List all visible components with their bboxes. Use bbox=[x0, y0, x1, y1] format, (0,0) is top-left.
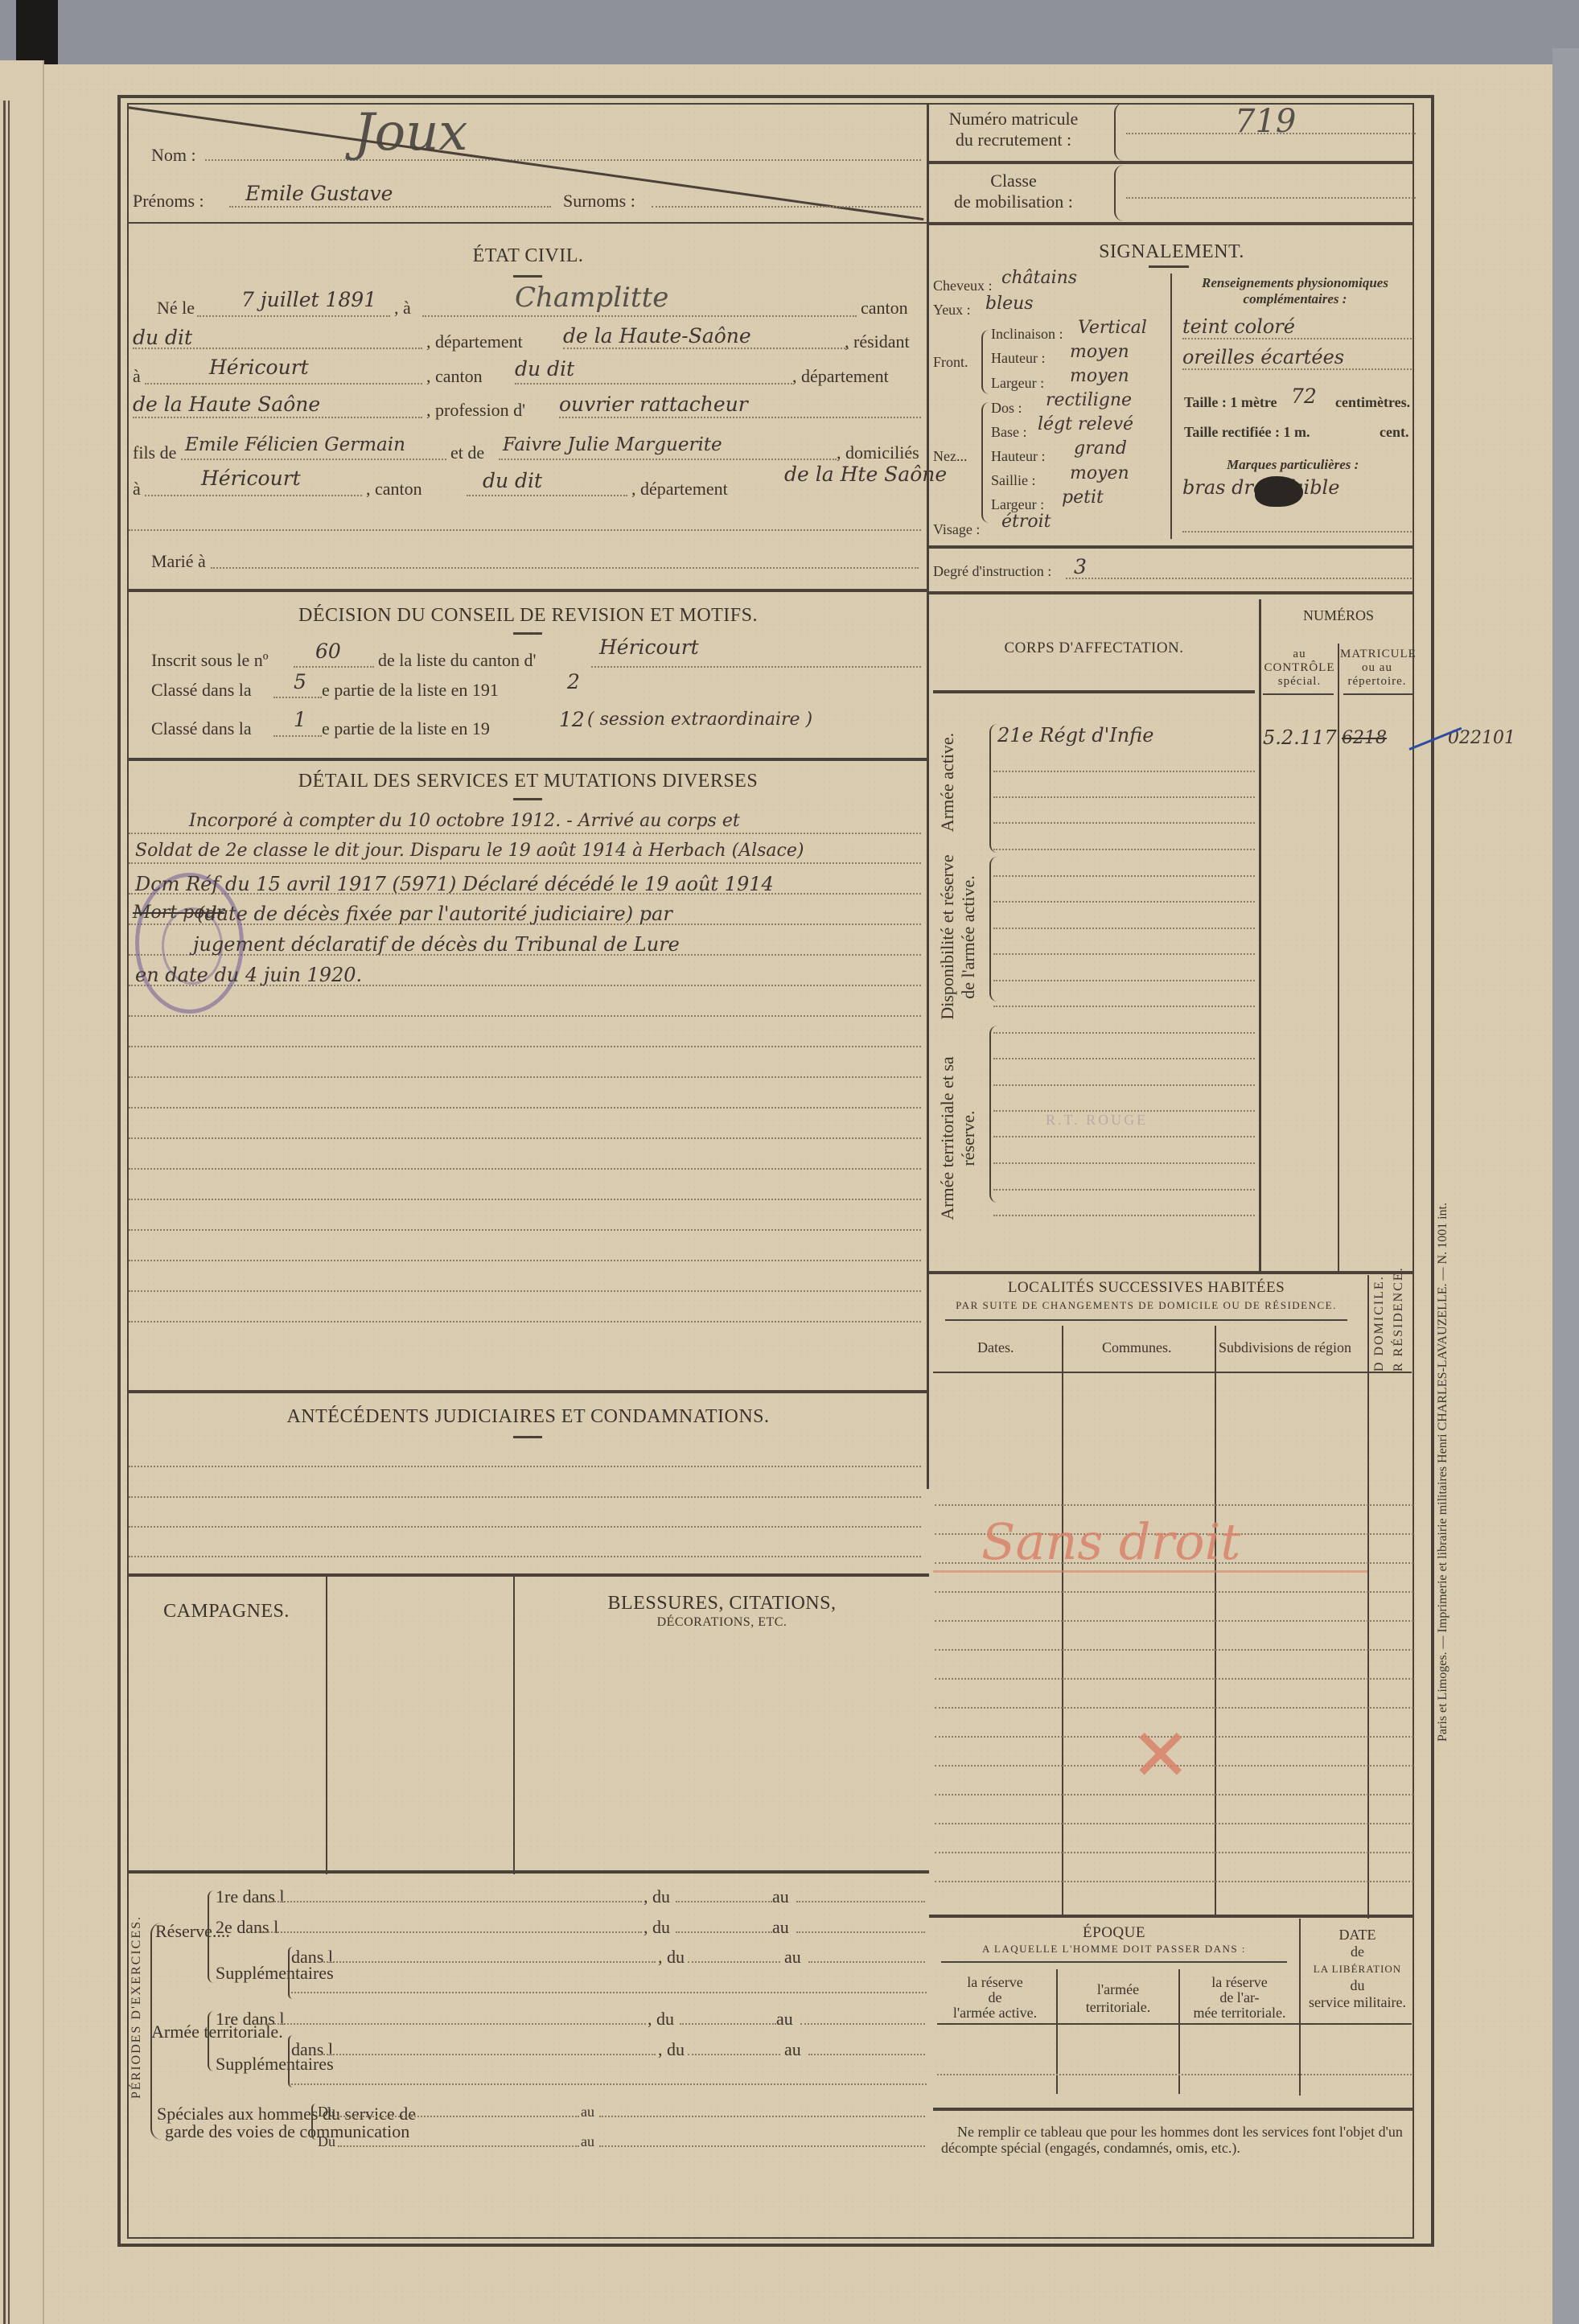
antecedents-title: ANTÉCÉDENTS JUDICIAIRES ET CONDAMNATIONS… bbox=[127, 1406, 929, 1428]
col-date-liberation: DATEdeLA LIBÉRATIONduservice militaire. bbox=[1301, 1927, 1414, 2011]
renseignements-label: Renseignements physionomiquescomplémenta… bbox=[1174, 275, 1416, 307]
controle-value: 5.2.117 bbox=[1263, 726, 1337, 749]
classe2-annee: 12 bbox=[559, 708, 585, 731]
classe1-partie: 5 bbox=[294, 670, 306, 693]
speciales-label-2: garde des voies de communication bbox=[165, 2121, 409, 2142]
nez-base: légt relevé bbox=[1038, 414, 1133, 434]
blessures-subtitle: DÉCORATIONS, ETC. bbox=[515, 1615, 929, 1630]
surnoms-label: Surnoms : bbox=[563, 191, 635, 212]
epoque-subtitle: A LAQUELLE L'HOMME DOIT PASSER DANS : bbox=[933, 1943, 1295, 1956]
matricule-struck-value: 6218 bbox=[1342, 728, 1387, 748]
yeux-value: bleus bbox=[985, 294, 1034, 314]
departement-residence: de la Haute Saône bbox=[133, 393, 320, 416]
lieu-naissance: Champlitte bbox=[515, 282, 668, 314]
service-line-2: Soldat de 2e classe le dit jour. Disparu… bbox=[135, 841, 804, 861]
numeros-header: NUMÉROS bbox=[1263, 607, 1414, 624]
service-line-6: en date du 4 juin 1920. bbox=[135, 964, 362, 986]
taille-cm: 72 bbox=[1291, 385, 1317, 408]
detail-services-title: DÉTAIL DES SERVICES ET MUTATIONS DIVERSE… bbox=[127, 771, 929, 792]
cheveux-value: châtains bbox=[1001, 268, 1077, 288]
service-line-1: Incorporé à compter du 10 octobre 1912. … bbox=[189, 811, 740, 831]
col-reserve-active: la réservedel'armée active. bbox=[935, 1975, 1055, 2021]
canton-parents: du dit bbox=[483, 469, 542, 492]
col-domicile: D DOMICILE. bbox=[1372, 1283, 1387, 1372]
front-largeur: moyen bbox=[1070, 366, 1129, 386]
decision-title: DÉCISION DU CONSEIL DE REVISION ET MOTIF… bbox=[127, 605, 929, 627]
nez-largeur: petit bbox=[1062, 487, 1104, 508]
marques-label: Marques particulières : bbox=[1227, 457, 1359, 473]
canton-naissance: du dit bbox=[133, 326, 192, 349]
classe2-partie: 1 bbox=[294, 708, 306, 731]
epoque-title: ÉPOQUE bbox=[933, 1924, 1295, 1942]
campagnes-title: CAMPAGNES. bbox=[127, 1601, 326, 1623]
matricule-new-value: 022101 bbox=[1448, 728, 1515, 748]
profession: ouvrier rattacheur bbox=[559, 393, 748, 416]
pere: Emile Félicien Germain bbox=[185, 434, 405, 455]
red-cross-mark: ✕ bbox=[1130, 1713, 1190, 1798]
col-reserve-territoriale: la réservede l'ar-mée territoriale. bbox=[1180, 1975, 1299, 2021]
residence: Héricourt bbox=[209, 356, 309, 379]
matricule-label: Numéro matriculedu recrutement : bbox=[933, 109, 1094, 150]
blessures-title: BLESSURES, CITATIONS, bbox=[515, 1593, 929, 1614]
prenoms-value: Emile Gustave bbox=[245, 182, 393, 205]
service-line-4: (date de décès fixée par l'autorité judi… bbox=[197, 903, 672, 925]
left-page-edge bbox=[0, 60, 44, 2324]
col-residence: R RÉSIDENCE. bbox=[1392, 1283, 1406, 1372]
classe-mobilisation-label: Classede mobilisation : bbox=[933, 171, 1094, 212]
localites-subtitle: PAR SUITE DE CHANGEMENTS DE DOMICILE OU … bbox=[933, 1299, 1359, 1312]
prenoms-label: Prénoms : bbox=[133, 191, 204, 212]
nez-saillie: moyen bbox=[1070, 463, 1129, 483]
scan-background-right bbox=[1552, 48, 1579, 2324]
corps-value: 21e Régt d'Infie bbox=[997, 724, 1153, 747]
col-communes: Communes. bbox=[1102, 1339, 1172, 1356]
nez-dos: rectiligne bbox=[1046, 390, 1132, 410]
degre-instruction: 3 bbox=[1074, 555, 1087, 578]
faint-stamp: R.T. ROUGE bbox=[1046, 1112, 1148, 1129]
inscrit-numero: 60 bbox=[315, 640, 341, 663]
scan-background bbox=[0, 0, 1579, 72]
section-armee-active: Armée active. bbox=[937, 724, 958, 841]
localites-title: LOCALITÉS SUCCESSIVES HABITÉES bbox=[933, 1279, 1359, 1297]
etat-civil-title: ÉTAT CIVIL. bbox=[127, 245, 929, 267]
signalement-title: SIGNALEMENT. bbox=[929, 241, 1414, 263]
red-underline bbox=[933, 1570, 1367, 1573]
epoque-note: Ne remplir ce tableau que pour les homme… bbox=[941, 2124, 1412, 2156]
nez-hauteur: grand bbox=[1074, 438, 1127, 459]
departement-parents: de la Hte Saône bbox=[784, 463, 947, 486]
front-hauteur: moyen bbox=[1070, 342, 1129, 362]
date-naissance: 7 juillet 1891 bbox=[241, 288, 376, 311]
col-armee-territoriale: l'arméeterritoriale. bbox=[1058, 1981, 1178, 2016]
red-annotation: Sans droit bbox=[981, 1512, 1240, 1571]
col-dates: Dates. bbox=[977, 1339, 1014, 1356]
canton-residence: du dit bbox=[515, 357, 574, 380]
renseignements-2: oreilles écartées bbox=[1182, 346, 1344, 368]
marie-label: Marié à bbox=[151, 551, 206, 572]
departement-naissance: de la Haute-Saône bbox=[563, 324, 751, 348]
ink-blot bbox=[1255, 476, 1303, 507]
service-line-5: jugement déclaratif de décès du Tribunal… bbox=[193, 933, 680, 956]
domicile-parents: Héricourt bbox=[201, 467, 301, 490]
periodes-side-label: PÉRIODES D'EXERCICES. bbox=[129, 1907, 145, 2108]
mere: Faivre Julie Marguerite bbox=[503, 434, 722, 455]
service-line-3: Dcm Réf du 15 avril 1917 (5971) Déclaré … bbox=[135, 873, 774, 895]
canton-liste: Héricourt bbox=[599, 636, 699, 659]
section-territoriale: Armée territoriale et sa réserve. bbox=[937, 1054, 979, 1223]
classe2-note: ( session extraordinaire ) bbox=[587, 710, 812, 730]
controle-header: auCONTRÔLEspécial. bbox=[1261, 648, 1338, 689]
corps-affectation-header: CORPS D'AFFECTATION. bbox=[929, 640, 1259, 657]
printer-note: Paris et Limoges. — Imprimerie et librai… bbox=[1436, 1030, 1450, 1915]
matricule-value: 719 bbox=[1235, 103, 1296, 140]
classe1-annee: 2 bbox=[567, 670, 580, 693]
nom-label: Nom : bbox=[151, 145, 196, 166]
front-inclinaison: Vertical bbox=[1078, 318, 1147, 338]
col-subdivisions: Subdivisions de région bbox=[1219, 1339, 1351, 1356]
matricule-repertoire-header: MATRICULEou aurépertoire. bbox=[1340, 648, 1414, 689]
section-disponibilite: Disponibilité et réserve de l'armée acti… bbox=[937, 845, 979, 1030]
renseignements-1: teint coloré bbox=[1182, 315, 1295, 338]
visage-value: étroit bbox=[1001, 512, 1051, 532]
